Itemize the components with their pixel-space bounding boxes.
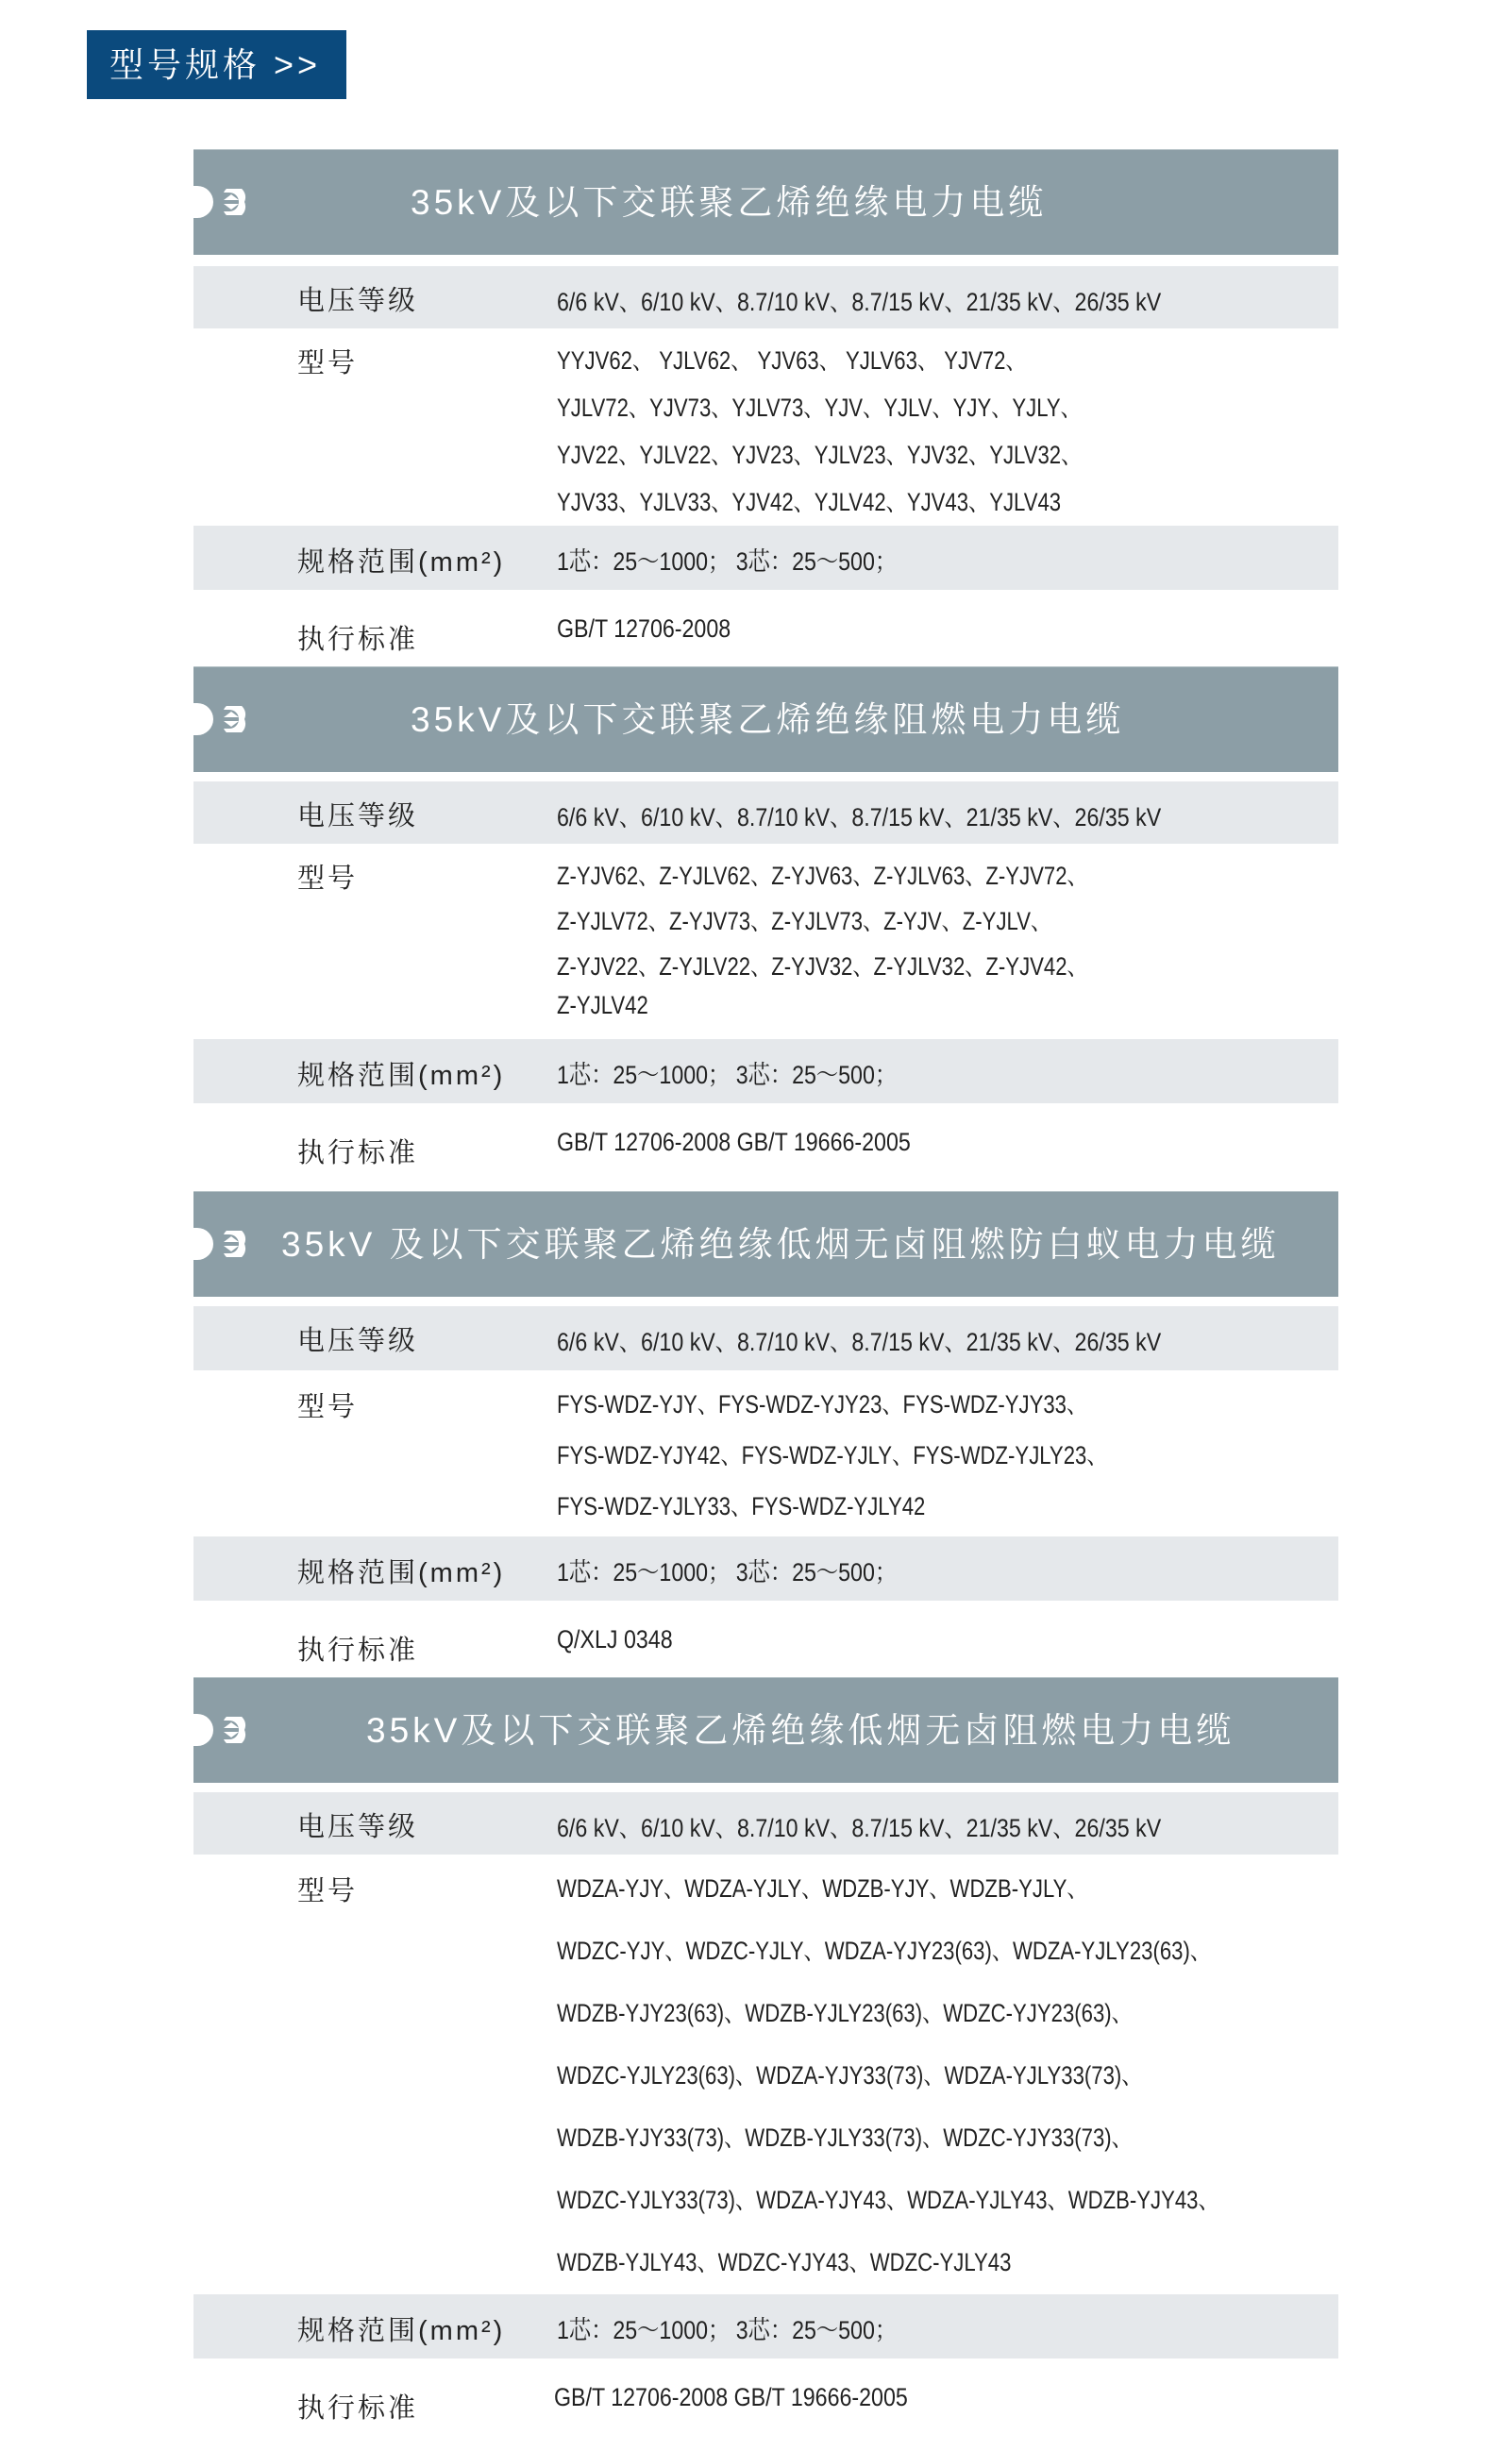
cable-section-3: 35kV 及以下交联聚乙烯绝缘低烟无卤阻燃防白蚁电力电缆 电压等级 6/6 kV…: [193, 1191, 1338, 1676]
model-line: WDZA-YJY、WDZA-YJLY、WDZB-YJY、WDZB-YJLY、: [557, 1868, 1088, 1905]
section-header: 35kV及以下交联聚乙烯绝缘电力电缆: [193, 149, 1338, 255]
standard-label: 执行标准: [297, 1629, 418, 1668]
model-line: Z-YJLV72、Z-YJV73、Z-YJLV73、Z-YJV、Z-YJLV、: [557, 900, 1051, 937]
model-label: 型号: [297, 342, 358, 380]
arrow-right-circle-icon: [220, 706, 246, 732]
standard-value: GB/T 12706-2008 GB/T 19666-2005: [557, 1128, 911, 1157]
model-line: Z-YJLV42: [557, 991, 648, 1020]
standard-row: 执行标准 GB/T 12706-2008: [193, 590, 1338, 665]
voltage-row: 电压等级 6/6 kV、6/10 kV、8.7/10 kV、8.7/15 kV、…: [193, 781, 1338, 844]
voltage-label: 电压等级: [297, 279, 418, 318]
model-label: 型号: [297, 1870, 358, 1908]
voltage-value: 6/6 kV、6/10 kV、8.7/10 kV、8.7/15 kV、21/35…: [557, 281, 1161, 318]
cable-section-1: 35kV及以下交联聚乙烯绝缘电力电缆 电压等级 6/6 kV、6/10 kV、8…: [193, 149, 1338, 665]
model-line: WDZC-YJY、WDZC-YJLY、WDZA-YJY23(63)、WDZA-Y…: [557, 1930, 1211, 1967]
cable-section-2: 35kV及以下交联聚乙烯绝缘阻燃电力电缆 电压等级 6/6 kV、6/10 kV…: [193, 666, 1338, 1186]
spec-row: 规格范围(mm²) 1芯：25～1000； 3芯：25～500；: [193, 1039, 1338, 1103]
voltage-value: 6/6 kV、6/10 kV、8.7/10 kV、8.7/15 kV、21/35…: [557, 1807, 1161, 1844]
model-label: 型号: [297, 857, 358, 896]
model-row: 型号 FYS-WDZ-YJY、FYS-WDZ-YJY23、FYS-WDZ-YJY…: [193, 1370, 1338, 1536]
voltage-value: 6/6 kV、6/10 kV、8.7/10 kV、8.7/15 kV、21/35…: [557, 797, 1161, 833]
voltage-label: 电压等级: [297, 1805, 418, 1844]
spec-value: 1芯：25～1000； 3芯：25～500；: [557, 2309, 897, 2346]
spec-label: 规格范围(mm²): [297, 1552, 505, 1590]
voltage-value: 6/6 kV、6/10 kV、8.7/10 kV、8.7/15 kV、21/35…: [557, 1321, 1161, 1358]
voltage-row: 电压等级 6/6 kV、6/10 kV、8.7/10 kV、8.7/15 kV、…: [193, 266, 1338, 328]
section-title: 35kV 及以下交联聚乙烯绝缘低烟无卤阻燃防白蚁电力电缆: [281, 1192, 1280, 1297]
standard-row: 执行标准 GB/T 12706-2008 GB/T 19666-2005: [193, 2359, 1338, 2443]
standard-value: Q/XLJ 0348: [557, 1625, 673, 1654]
model-line: YJV22、YJLV22、YJV23、YJLV23、YJV32、YJLV32、: [557, 434, 1082, 471]
model-line: FYS-WDZ-YJY42、FYS-WDZ-YJLY、FYS-WDZ-YJLY2…: [557, 1435, 1107, 1471]
section-header: 35kV及以下交联聚乙烯绝缘低烟无卤阻燃电力电缆: [193, 1677, 1338, 1783]
spec-row: 规格范围(mm²) 1芯：25～1000； 3芯：25～500；: [193, 1536, 1338, 1601]
spec-label: 规格范围(mm²): [297, 2309, 505, 2348]
section-title: 35kV及以下交联聚乙烯绝缘阻燃电力电缆: [411, 667, 1124, 772]
section-header: 35kV及以下交联聚乙烯绝缘阻燃电力电缆: [193, 666, 1338, 772]
arrow-right-circle-icon: [220, 189, 246, 215]
standard-label: 执行标准: [297, 1132, 418, 1170]
model-line: Z-YJV22、Z-YJLV22、Z-YJV32、Z-YJLV32、Z-YJV4…: [557, 946, 1088, 982]
model-line: YYJV62、 YJLV62、 YJV63、 YJLV63、 YJV72、: [557, 340, 1027, 377]
section-title: 35kV及以下交联聚乙烯绝缘电力电缆: [411, 150, 1047, 255]
section-title: 35kV及以下交联聚乙烯绝缘低烟无卤阻燃电力电缆: [366, 1678, 1235, 1783]
bullet-dot-icon: [193, 186, 213, 218]
voltage-label: 电压等级: [297, 795, 418, 833]
model-line: WDZB-YJLY43、WDZC-YJY43、WDZC-YJLY43: [557, 2241, 1011, 2278]
spec-label: 规格范围(mm²): [297, 1054, 505, 1093]
spec-value: 1芯：25～1000； 3芯：25～500；: [557, 541, 897, 578]
model-row: 型号 Z-YJV62、Z-YJLV62、Z-YJV63、Z-YJLV63、Z-Y…: [193, 844, 1338, 1039]
model-line: WDZC-YJLY33(73)、WDZA-YJY43、WDZA-YJLY43、W…: [557, 2179, 1219, 2216]
cable-section-4: 35kV及以下交联聚乙烯绝缘低烟无卤阻燃电力电缆 电压等级 6/6 kV、6/1…: [193, 1677, 1338, 2443]
arrow-right-circle-icon: [220, 1717, 246, 1743]
model-row: 型号 WDZA-YJY、WDZA-YJLY、WDZB-YJY、WDZB-YJLY…: [193, 1855, 1338, 2294]
model-line: Z-YJV62、Z-YJLV62、Z-YJV63、Z-YJLV63、Z-YJV7…: [557, 855, 1088, 892]
voltage-row: 电压等级 6/6 kV、6/10 kV、8.7/10 kV、8.7/15 kV、…: [193, 1792, 1338, 1855]
spec-row: 规格范围(mm²) 1芯：25～1000； 3芯：25～500；: [193, 526, 1338, 590]
spec-label: 规格范围(mm²): [297, 541, 505, 579]
model-label: 型号: [297, 1385, 358, 1424]
spec-value: 1芯：25～1000； 3芯：25～500；: [557, 1552, 897, 1588]
voltage-row: 电压等级 6/6 kV、6/10 kV、8.7/10 kV、8.7/15 kV、…: [193, 1306, 1338, 1370]
spec-value: 1芯：25～1000； 3芯：25～500；: [557, 1054, 897, 1091]
model-row: 型号 YYJV62、 YJLV62、 YJV63、 YJLV63、 YJV72、…: [193, 328, 1338, 526]
standard-label: 执行标准: [297, 2387, 418, 2426]
spec-row: 规格范围(mm²) 1芯：25～1000； 3芯：25～500；: [193, 2294, 1338, 2359]
voltage-label: 电压等级: [297, 1319, 418, 1358]
standard-value: GB/T 12706-2008 GB/T 19666-2005: [554, 2383, 908, 2412]
model-line: YJV33、YJLV33、YJV42、YJLV42、YJV43、YJLV43: [557, 481, 1061, 518]
model-line: FYS-WDZ-YJY、FYS-WDZ-YJY23、FYS-WDZ-YJY33、: [557, 1384, 1087, 1420]
model-line: WDZB-YJY23(63)、WDZB-YJLY23(63)、WDZC-YJY2…: [557, 1992, 1133, 2029]
model-line: FYS-WDZ-YJLY33、FYS-WDZ-YJLY42: [557, 1486, 925, 1522]
model-line: WDZC-YJLY23(63)、WDZA-YJY33(73)、WDZA-YJLY…: [557, 2055, 1142, 2091]
section-header: 35kV 及以下交联聚乙烯绝缘低烟无卤阻燃防白蚁电力电缆: [193, 1191, 1338, 1297]
bullet-dot-icon: [193, 703, 213, 735]
standard-row: 执行标准 Q/XLJ 0348: [193, 1601, 1338, 1676]
arrow-right-circle-icon: [220, 1231, 246, 1257]
section-tag-model-spec: 型号规格 >>: [87, 30, 346, 99]
model-line: WDZB-YJY33(73)、WDZB-YJLY33(73)、WDZC-YJY3…: [557, 2117, 1133, 2154]
standard-label: 执行标准: [297, 618, 418, 657]
standard-row: 执行标准 GB/T 12706-2008 GB/T 19666-2005: [193, 1103, 1338, 1186]
standard-value: GB/T 12706-2008: [557, 614, 731, 644]
bullet-dot-icon: [193, 1714, 213, 1746]
bullet-dot-icon: [193, 1228, 213, 1260]
model-line: YJLV72、YJV73、YJLV73、YJV、YJLV、YJY、YJLY、: [557, 387, 1082, 424]
